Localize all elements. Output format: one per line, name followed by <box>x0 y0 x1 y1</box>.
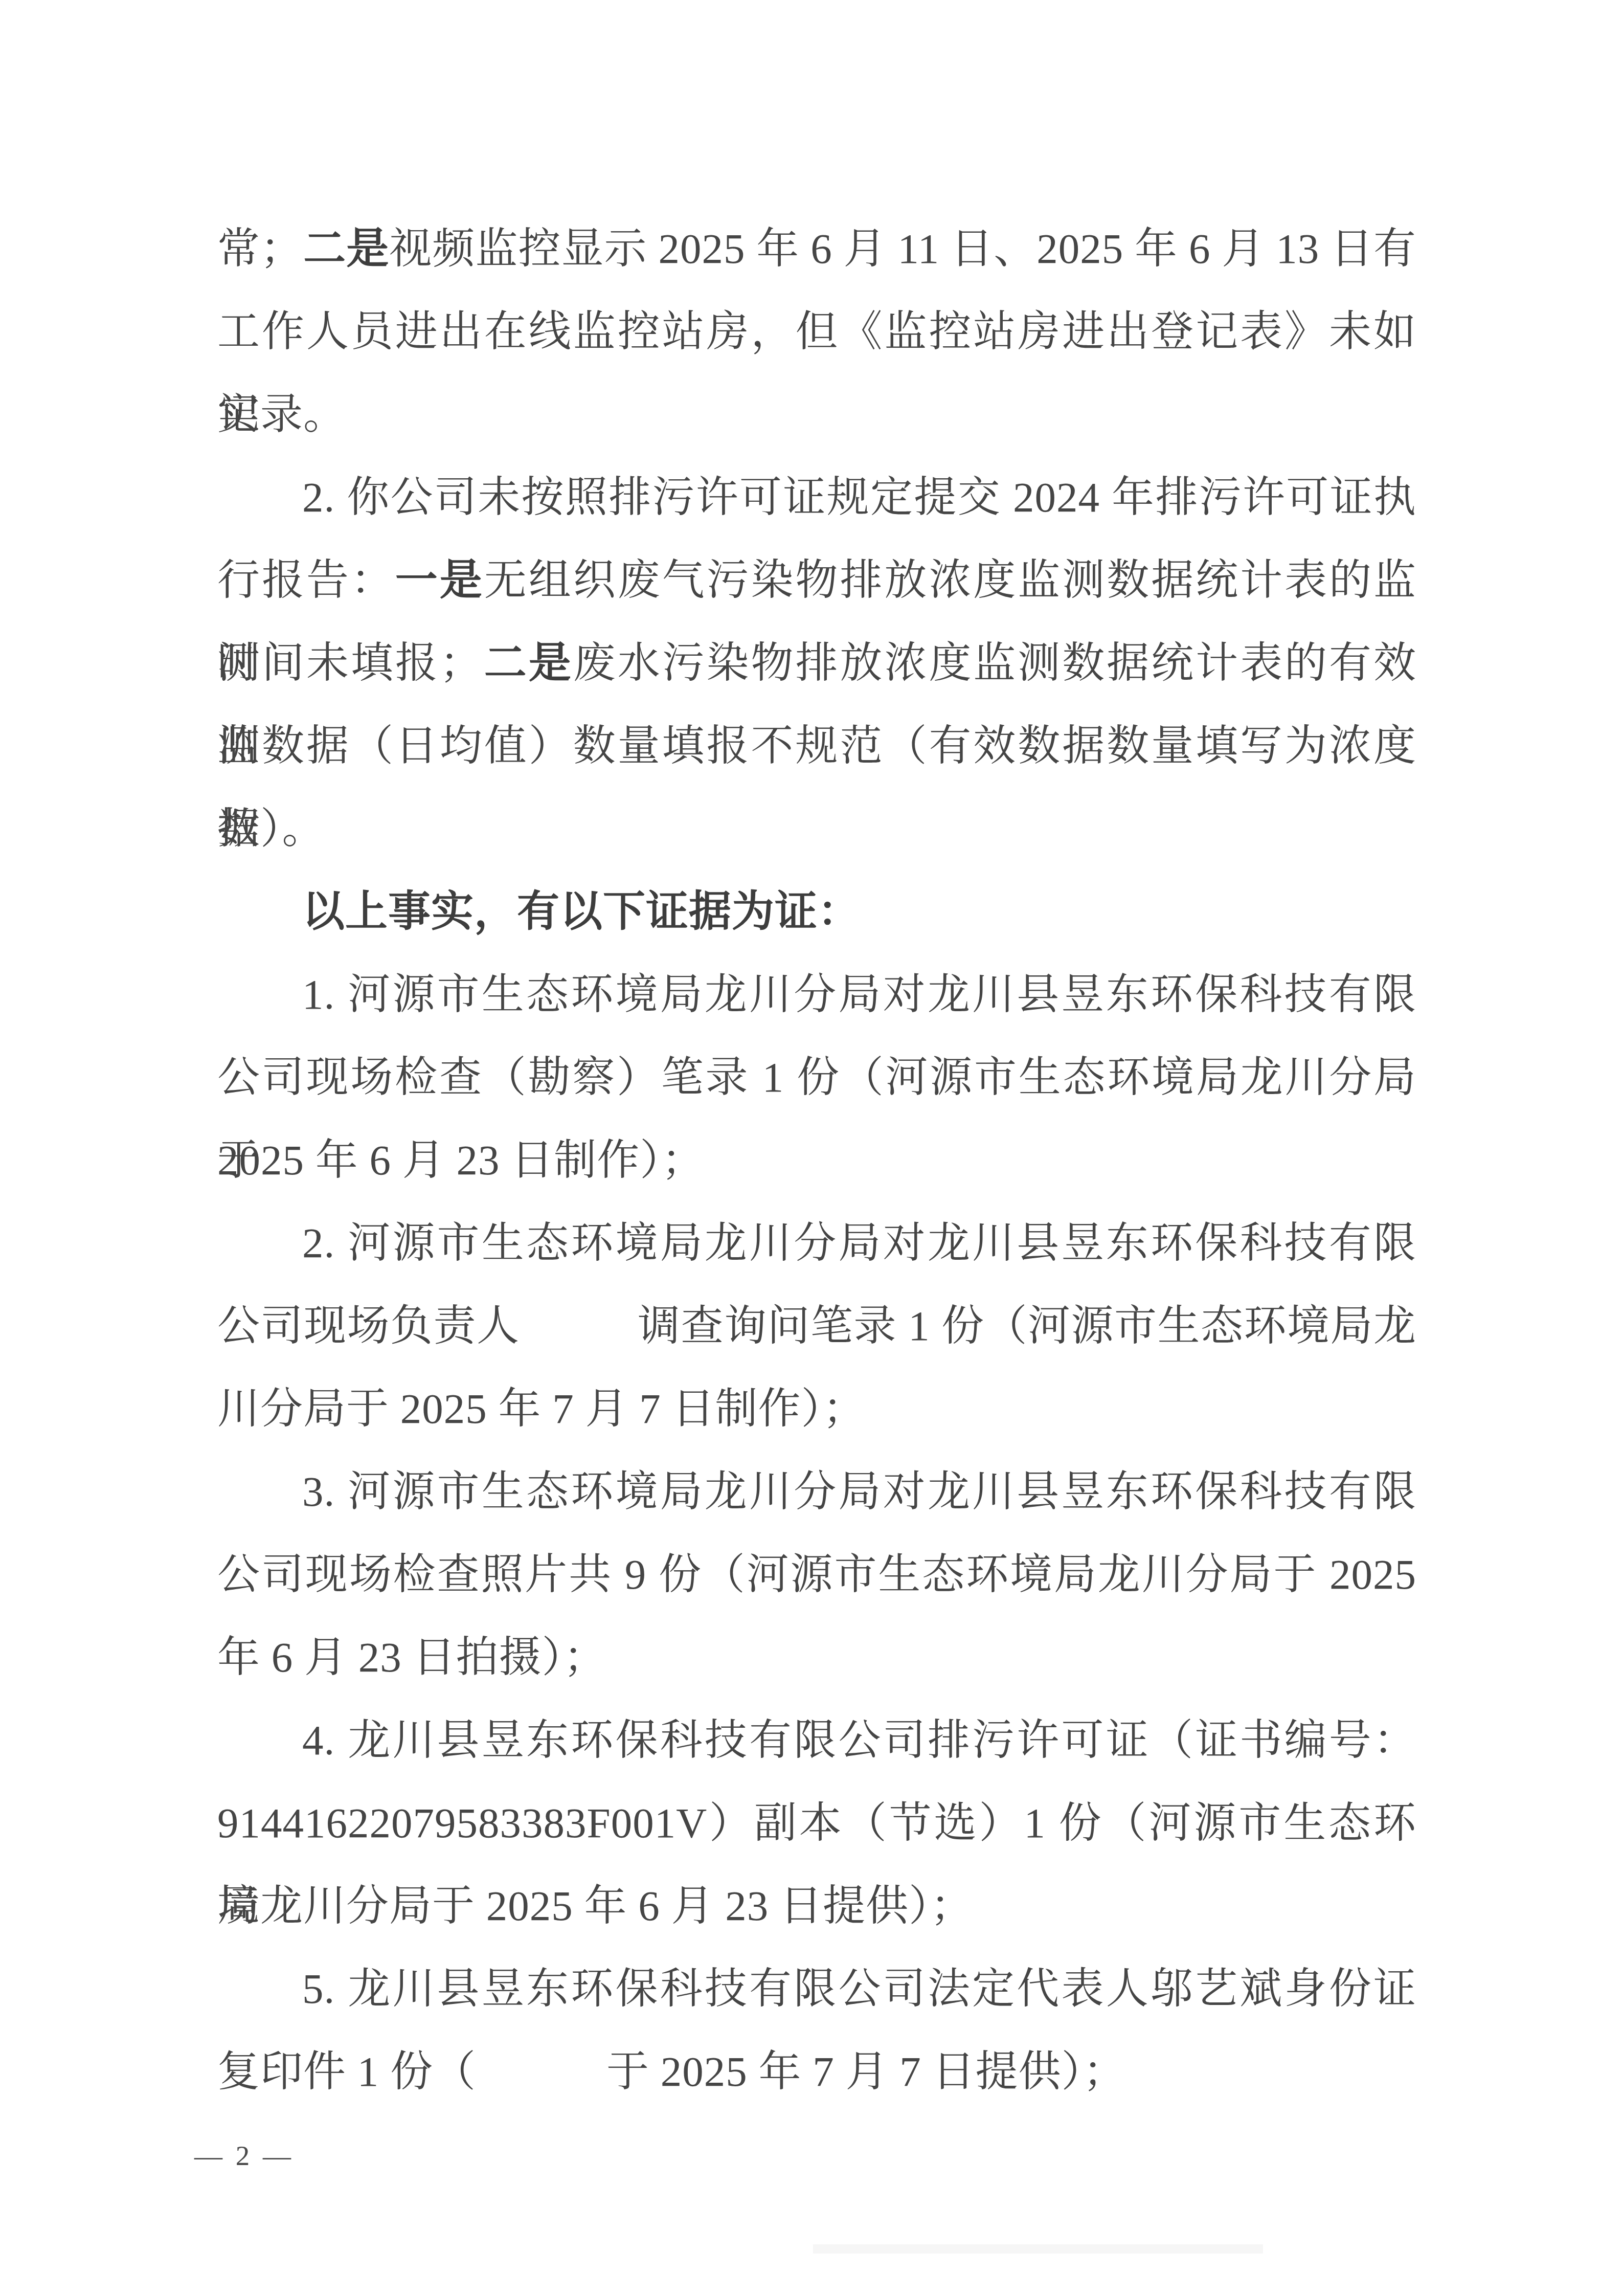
text-segment: 公司现场检查照片共 9 份（河源市生态环境局龙川分局于 2025 <box>217 1551 1416 1598</box>
text-line: 复印件 1 份（于 2025 年 7 月 7 日提供）； <box>217 2030 1416 2113</box>
text-line: 公司现场检查（勘察）笔录 1 份（河源市生态环境局龙川分局于 <box>217 1036 1416 1119</box>
text-line: 公司现场负责人调查询问笔录 1 份（河源市生态环境局龙 <box>217 1284 1416 1367</box>
emphasized-text-segment: 二是 <box>483 639 573 686</box>
scan-artifact <box>813 2244 1263 2254</box>
text-segment: 常； <box>217 225 303 272</box>
text-segment: 年 6 月 23 日拍摄）； <box>217 1634 606 1681</box>
text-segment: 5. 龙川县昱东环保科技有限公司法定代表人邬艺斌身份证 <box>302 1965 1416 2012</box>
text-segment: 4. 龙川县昱东环保科技有限公司排污许可证（证书编号： <box>302 1717 1416 1764</box>
redaction-gap <box>520 1340 638 1340</box>
text-segment: 调查询问笔录 1 份（河源市生态环境局龙 <box>638 1302 1417 1349</box>
text-line: 常；二是视频监控显示 2025 年 6 月 11 日、2025 年 6 月 13… <box>217 207 1416 290</box>
text-line: 公司现场检查照片共 9 份（河源市生态环境局龙川分局于 2025 <box>217 1533 1416 1616</box>
text-line: 记录。 <box>217 373 1416 456</box>
text-line: 时间未填报；二是废水污染物排放浓度监测数据统计表的有效监 <box>217 621 1416 704</box>
text-line: 据）。 <box>217 787 1416 870</box>
text-line: 行报告：一是无组织废气污染物排放浓度监测数据统计表的监测 <box>217 539 1416 621</box>
text-segment: 于 2025 年 7 月 7 日提供）； <box>606 2048 1126 2095</box>
emphasized-text-segment: 以上事实，有以下证据为证： <box>302 888 861 935</box>
text-segment: 3. 河源市生态环境局龙川分局对龙川县昱东环保科技有限 <box>302 1468 1416 1515</box>
text-segment: 2025 年 6 月 23 日制作）； <box>217 1136 705 1184</box>
text-line: 以上事实，有以下证据为证： <box>217 870 1416 953</box>
text-line: 91441622079583383F001V）副本（节选）1 份（河源市生态环境 <box>217 1781 1416 1864</box>
text-segment: 行报告： <box>217 556 395 604</box>
emphasized-text-segment: 二是 <box>303 225 389 272</box>
text-segment: 局龙川分局于 2025 年 6 月 23 日提供）； <box>217 1882 974 1929</box>
redaction-gap <box>476 2085 606 2086</box>
text-segment: 据）。 <box>217 805 325 852</box>
text-line: 川分局于 2025 年 7 月 7 日制作）； <box>217 1367 1416 1450</box>
text-line: 3. 河源市生态环境局龙川分局对龙川县昱东环保科技有限 <box>217 1450 1416 1533</box>
text-segment: 2. 河源市生态环境局龙川分局对龙川县昱东环保科技有限 <box>302 1219 1416 1266</box>
text-segment: 时间未填报； <box>217 639 483 686</box>
text-segment: 记录。 <box>217 391 346 438</box>
text-segment: 复印件 1 份（ <box>217 2048 476 2095</box>
emphasized-text-segment: 一是 <box>395 556 484 604</box>
text-line: 2025 年 6 月 23 日制作）； <box>217 1119 1416 1201</box>
text-segment: 1. 河源市生态环境局龙川分局对龙川县昱东环保科技有限 <box>302 971 1416 1018</box>
text-line: 4. 龙川县昱东环保科技有限公司排污许可证（证书编号： <box>217 1699 1416 1781</box>
document-page: 常；二是视频监控显示 2025 年 6 月 11 日、2025 年 6 月 13… <box>0 0 1623 2296</box>
text-line: 工作人员进出在线监控站房，但《监控站房进出登记表》未如实 <box>217 290 1416 373</box>
document-body: 常；二是视频监控显示 2025 年 6 月 11 日、2025 年 6 月 13… <box>217 207 1416 2113</box>
page-number: — 2 — <box>194 2133 294 2179</box>
text-line: 局龙川分局于 2025 年 6 月 23 日提供）； <box>217 1864 1416 1947</box>
text-line: 2. 你公司未按照排污许可证规定提交 2024 年排污许可证执 <box>217 456 1416 539</box>
text-line: 1. 河源市生态环境局龙川分局对龙川县昱东环保科技有限 <box>217 953 1416 1036</box>
text-line: 年 6 月 23 日拍摄）； <box>217 1616 1416 1699</box>
text-line: 5. 龙川县昱东环保科技有限公司法定代表人邬艺斌身份证 <box>217 1947 1416 2030</box>
text-segment: 公司现场负责人 <box>217 1302 520 1349</box>
text-segment: 2. 你公司未按照排污许可证规定提交 2024 年排污许可证执 <box>302 474 1416 521</box>
text-segment: 川分局于 2025 年 7 月 7 日制作）； <box>217 1385 866 1432</box>
text-line: 测数据（日均值）数量填报不规范（有效数据数量填写为浓度数 <box>217 704 1416 787</box>
text-line: 2. 河源市生态环境局龙川分局对龙川县昱东环保科技有限 <box>217 1201 1416 1284</box>
text-segment: 视频监控显示 2025 年 6 月 11 日、2025 年 6 月 13 日有 <box>389 225 1416 272</box>
